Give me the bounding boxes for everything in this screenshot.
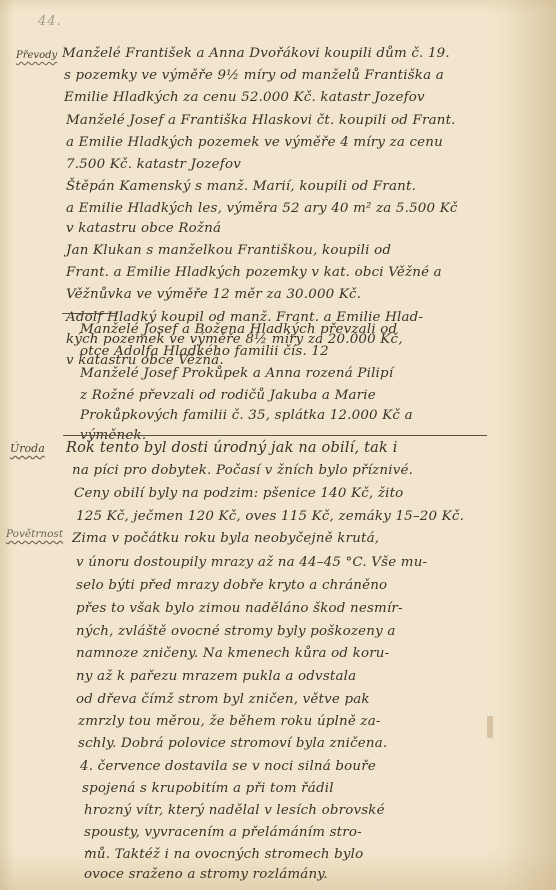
- prevody-line-1: Manželé František a Anna Dvořákovi koupi…: [62, 46, 450, 61]
- povetrnost-line-5: ných, zvláště ovocné stromy byly poškoze…: [76, 624, 396, 639]
- margin-label-povetrnost: Povětrnost: [6, 528, 63, 540]
- povetrnost-line-10: schly. Dobrá polovice stromoví byla znič…: [78, 736, 387, 751]
- ink-stain: [487, 716, 493, 738]
- margin-label-uroda: Úroda: [10, 442, 45, 455]
- prevody-line-2: s pozemky ve výměře 9½ míry od manželů F…: [64, 68, 444, 83]
- prevody-line-10: Jan Klukan s manželkou Františkou, koupi…: [66, 243, 391, 258]
- prevody-line-12: Věžnůvka ve výměře 12 měr za 30.000 Kč.: [66, 287, 361, 302]
- povetrnost-line-4: přes to však bylo zimou naděláno škod ne…: [76, 601, 403, 616]
- povetrnost-line-3: selo býti před mrazy dobře kryto a chrán…: [76, 578, 387, 593]
- chronicle-page: 44. Převody Manželé František a Anna Dvo…: [0, 0, 556, 890]
- povetrnost-line-13: hrozný vítr, který nadělal v lesích obro…: [84, 803, 385, 818]
- prevody-after-line-5: Prokůpkových familii č. 35, splátka 12.0…: [80, 408, 413, 423]
- prevody-line-5: a Emilie Hladkých pozemek ve výměře 4 mí…: [66, 135, 443, 150]
- prevody-line-7: Štěpán Kamenský s manž. Marií, koupili o…: [66, 179, 416, 194]
- prevody-line-9: v katastru obce Rožná: [66, 221, 221, 236]
- povetrnost-line-12: spojená s krupobitím a při tom řádil: [82, 781, 334, 796]
- uroda-line-2: na píci pro dobytek. Počasí v žních bylo…: [72, 463, 413, 478]
- povetrnost-line-1: Zima v počátku roku byla neobyčejně krut…: [72, 531, 379, 546]
- prevody-line-11: Frant. a Emilie Hladkých pozemky v kat. …: [66, 265, 442, 280]
- prevody-after-line-3: Manželé Josef Prokůpek a Anna rozená Pil…: [80, 366, 393, 381]
- povetrnost-line-16: ovoce sraženo a stromy rozlámány.: [84, 867, 328, 882]
- prevody-line-4: Manželé Josef a Františka Hlaskovi čt. k…: [66, 113, 456, 128]
- section-divider: [63, 435, 487, 436]
- prevody-after-line-4: z Rožné převzali od rodičů Jakuba a Mari…: [80, 388, 376, 403]
- povetrnost-line-15: mů. Taktéž i na ovocných stromech bylo: [84, 847, 363, 862]
- uroda-line-1: Rok tento byl dosti úrodný jak na obilí,…: [66, 440, 398, 456]
- povetrnost-line-7: ny až k pařezu mrazem pukla a odvstala: [76, 669, 356, 684]
- uroda-line-4: 125 Kč, ječmen 120 Kč, oves 115 Kč, zemá…: [76, 509, 464, 524]
- ink-dot: [88, 850, 90, 852]
- prevody-after-line-1: Manželé Josef a Božena Hladkých převzali…: [80, 322, 397, 337]
- prevody-after-line-2: otce Adolfa Hladkého familii čís. 12: [80, 344, 329, 359]
- prevody-line-8: a Emilie Hladkých les, výměra 52 ary 40 …: [66, 201, 458, 216]
- povetrnost-line-8: od dřeva čímž strom byl zničen, větve pa…: [76, 692, 370, 707]
- povetrnost-line-9: zmrzly tou měrou, že během roku úplně za…: [78, 714, 381, 729]
- povetrnost-line-2: v únoru dostoupily mrazy až na 44–45 °C.…: [76, 555, 427, 570]
- povetrnost-line-11: 4. července dostavila se v noci silná bo…: [80, 759, 376, 774]
- margin-label-prevody: Převody: [16, 50, 57, 61]
- page-number: 44.: [38, 14, 62, 29]
- prevody-line-6: 7.500 Kč. katastr Jozefov: [66, 157, 241, 172]
- uroda-line-3: Ceny obilí byly na podzim: pšenice 140 K…: [74, 486, 403, 501]
- povetrnost-line-14: spousty, vyvracením a přelámáním stro-: [84, 825, 362, 840]
- short-divider: [62, 313, 118, 314]
- povetrnost-line-6: namnoze zničeny. Na kmenech kůra od koru…: [76, 646, 389, 661]
- prevody-line-3: Emilie Hladkých za cenu 52.000 Kč. katas…: [64, 90, 425, 105]
